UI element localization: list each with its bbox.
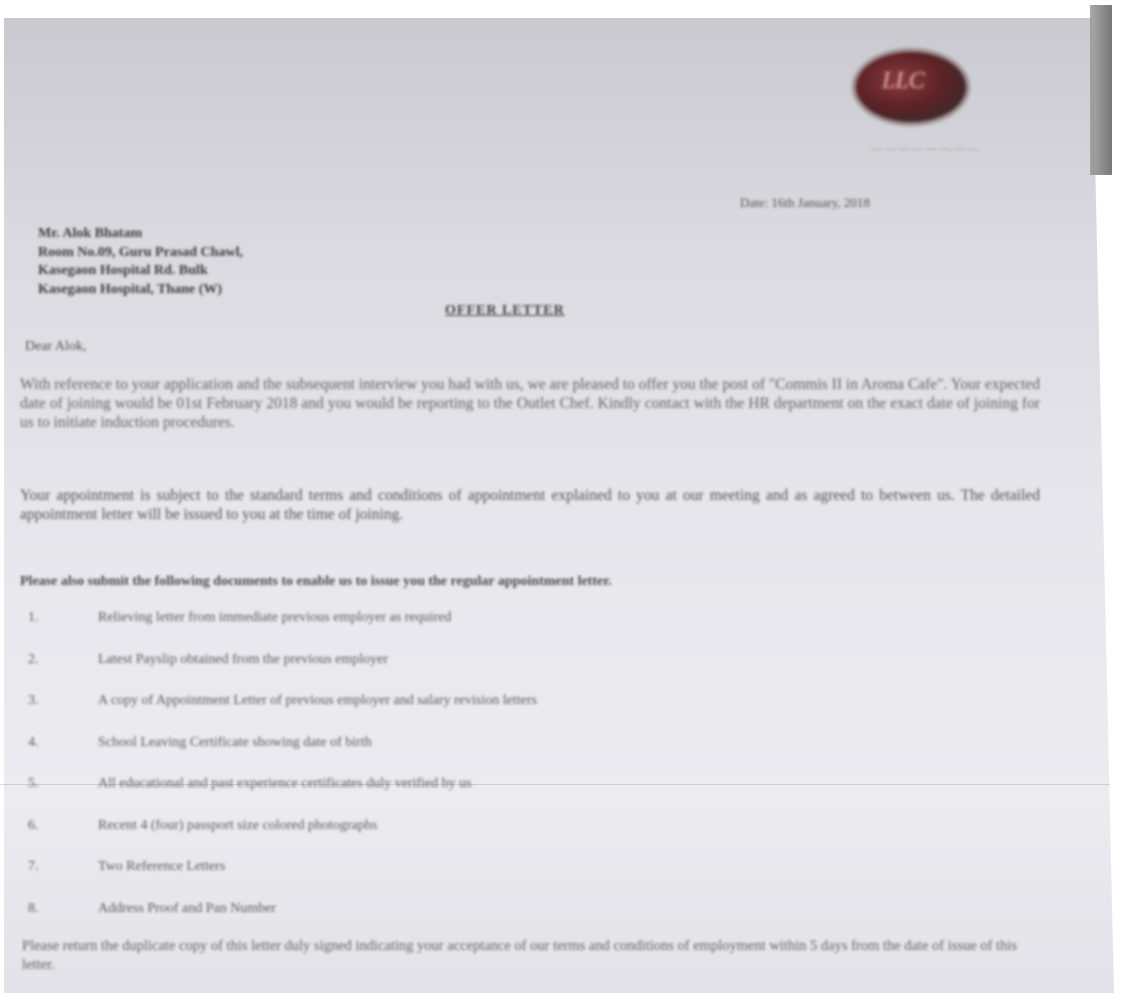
paragraph-terms: Your appointment is subject to the stand… bbox=[20, 486, 1040, 524]
logo-text: LLC bbox=[882, 68, 925, 95]
list-text: School Leaving Certificate showing date … bbox=[98, 735, 372, 777]
address-line: Kasegaon Hospital Rd. Bulk bbox=[38, 262, 243, 281]
list-number: 7. bbox=[28, 859, 98, 901]
list-text: All educational and past experience cert… bbox=[98, 776, 472, 818]
list-item: 3.A copy of Appointment Letter of previo… bbox=[28, 693, 1028, 735]
list-item: 5.All educational and past experience ce… bbox=[28, 776, 1028, 818]
list-text: Recent 4 (four) passport size colored ph… bbox=[98, 818, 377, 860]
list-number: 4. bbox=[28, 735, 98, 777]
list-text: Two Reference Letters bbox=[98, 859, 225, 901]
page-edge-shadow bbox=[1090, 5, 1112, 175]
list-number: 5. bbox=[28, 776, 98, 818]
letter-title: OFFER LETTER bbox=[445, 303, 565, 319]
letterhead-caption: — — — — — — — — bbox=[810, 143, 1040, 155]
paragraph-documents-intro: Please also submit the following documen… bbox=[20, 572, 1040, 591]
letter-date: Date: 16th January, 2018 bbox=[740, 195, 870, 211]
list-text: A copy of Appointment Letter of previous… bbox=[98, 693, 537, 735]
address-line: Kasegaon Hospital, Thane (W) bbox=[38, 281, 243, 300]
list-item: 4.School Leaving Certificate showing dat… bbox=[28, 735, 1028, 777]
closing-paragraph: Please return the duplicate copy of this… bbox=[22, 937, 1032, 975]
recipient-name: Mr. Alok Bhatam bbox=[38, 225, 243, 244]
recipient-address: Mr. Alok Bhatam Room No.09, Guru Prasad … bbox=[38, 225, 243, 299]
salutation: Dear Alok, bbox=[25, 339, 86, 355]
list-item: 1.Relieving letter from immediate previo… bbox=[28, 610, 1028, 652]
list-number: 1. bbox=[28, 610, 98, 652]
company-logo-icon: LLC bbox=[852, 48, 970, 126]
list-item: 7.Two Reference Letters bbox=[28, 859, 1028, 901]
list-item: 2.Latest Payslip obtained from the previ… bbox=[28, 652, 1028, 694]
list-number: 8. bbox=[28, 901, 98, 943]
list-item: 8.Address Proof and Pan Number bbox=[28, 901, 1028, 943]
address-line: Room No.09, Guru Prasad Chawl, bbox=[38, 244, 243, 263]
paragraph-offer: With reference to your application and t… bbox=[20, 375, 1040, 432]
documents-list: 1.Relieving letter from immediate previo… bbox=[28, 610, 1028, 942]
list-number: 2. bbox=[28, 652, 98, 694]
list-item: 6.Recent 4 (four) passport size colored … bbox=[28, 818, 1028, 860]
list-text: Address Proof and Pan Number bbox=[98, 901, 276, 943]
list-number: 6. bbox=[28, 818, 98, 860]
list-text: Relieving letter from immediate previous… bbox=[98, 610, 451, 652]
list-text: Latest Payslip obtained from the previou… bbox=[98, 652, 388, 694]
list-number: 3. bbox=[28, 693, 98, 735]
paper-fold-line bbox=[0, 784, 1110, 785]
